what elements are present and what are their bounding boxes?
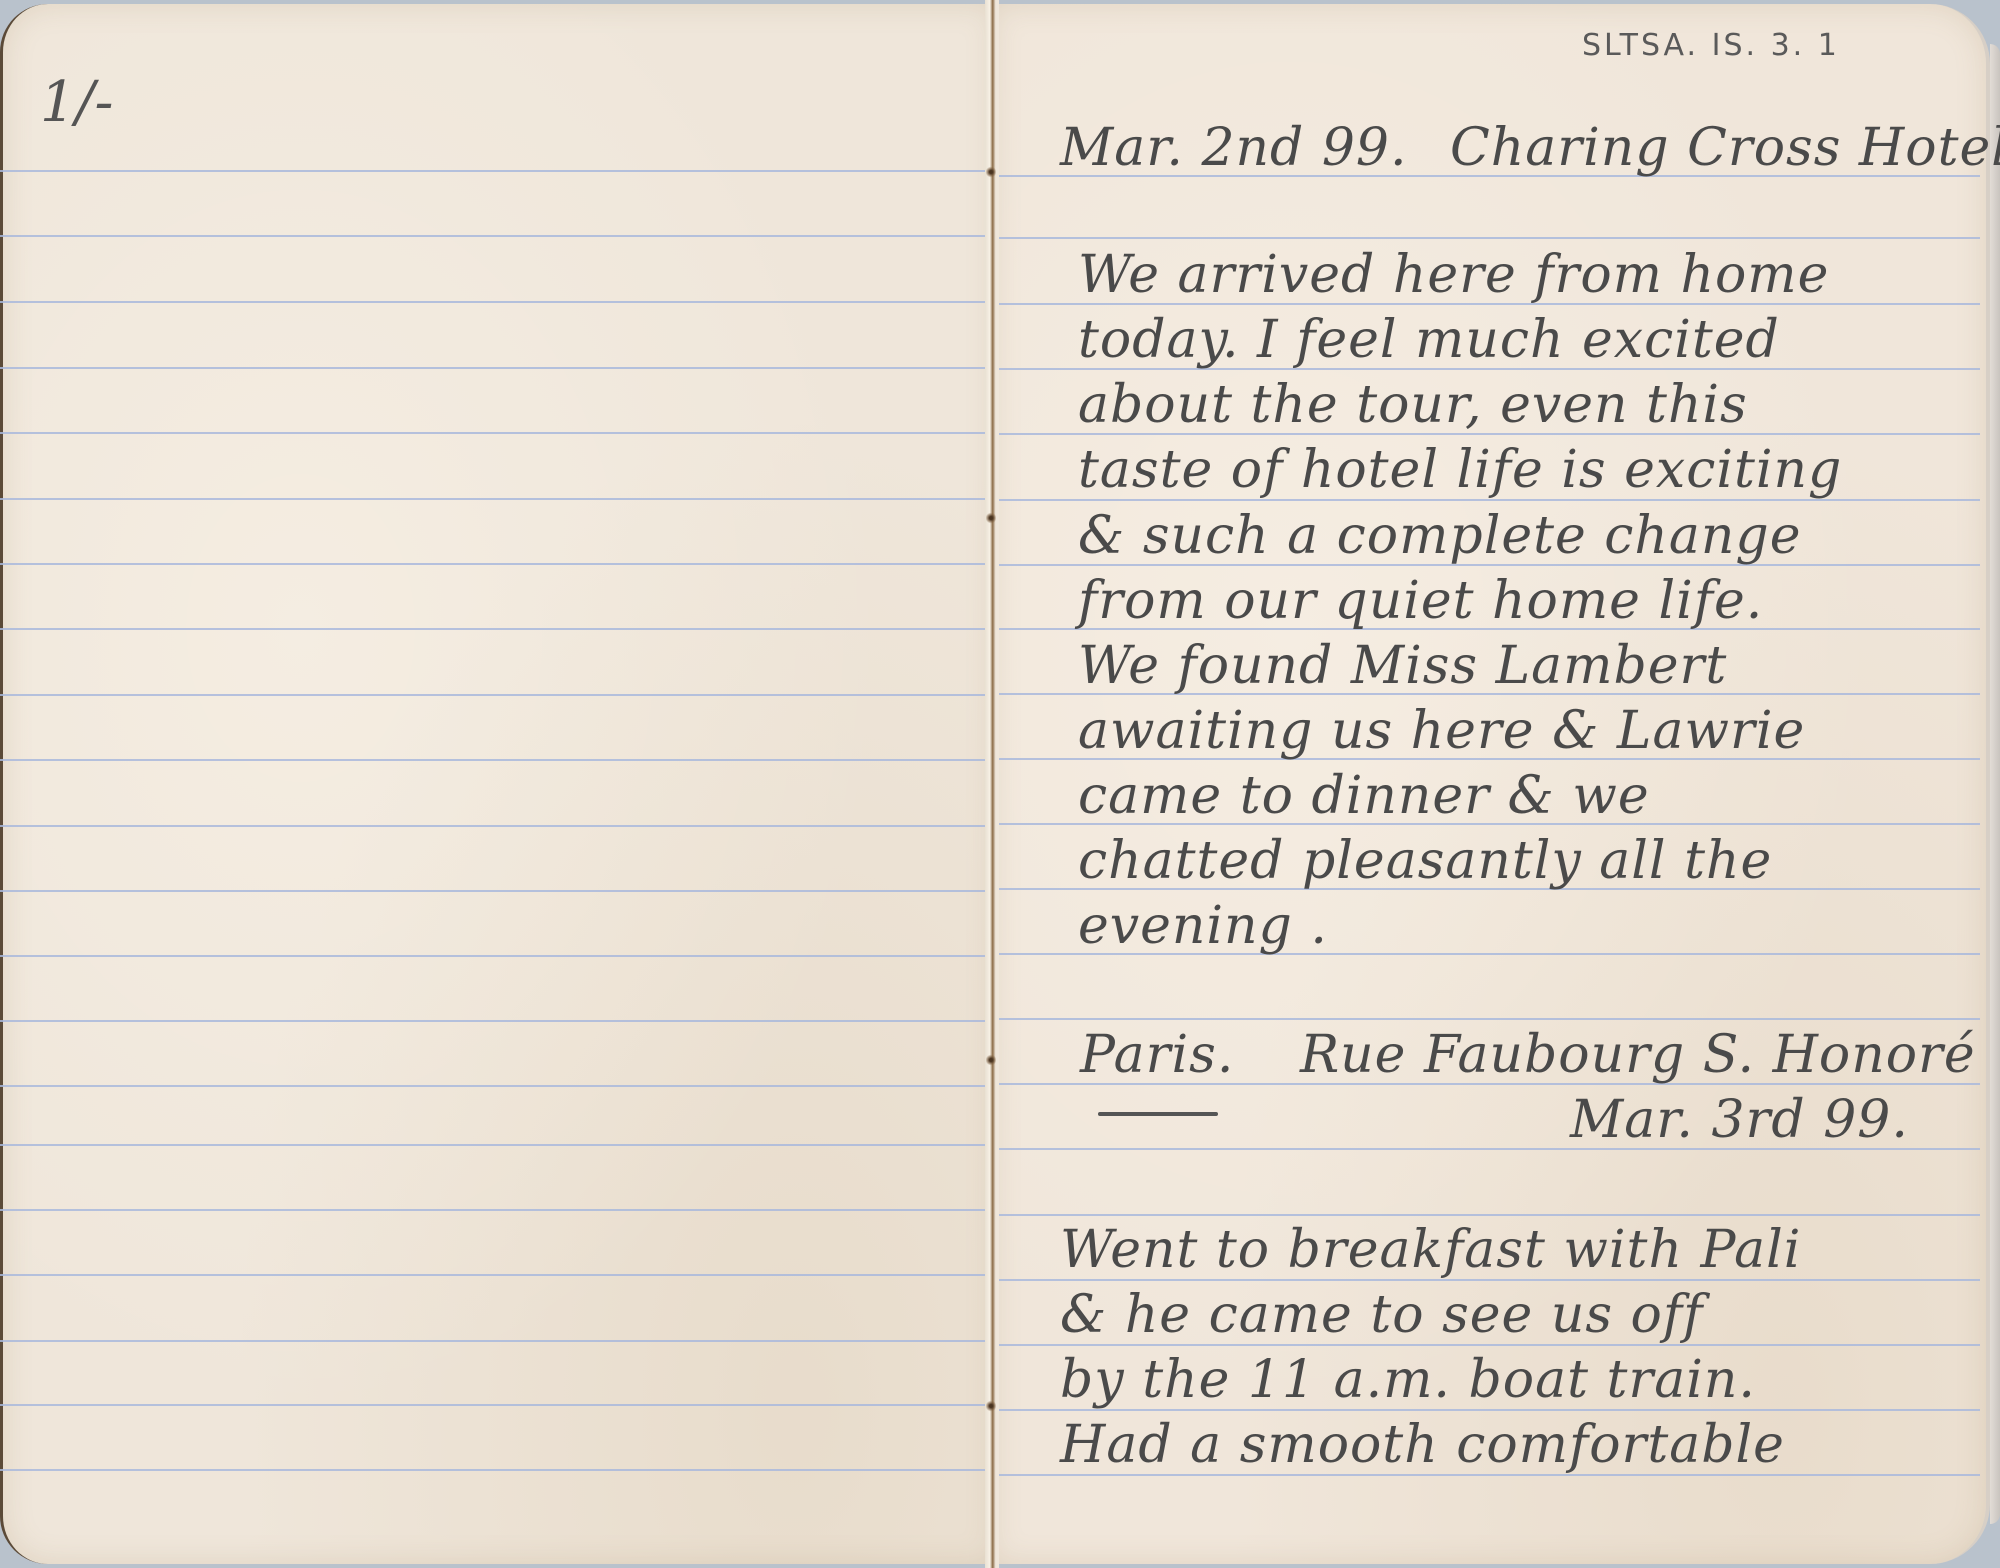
ruled-line xyxy=(0,367,990,369)
ruled-line xyxy=(0,170,990,172)
ruled-line xyxy=(0,1144,990,1146)
entry-date: Mar. 2nd 99. xyxy=(1060,118,1408,178)
ruled-line xyxy=(0,1209,990,1211)
price-mark: 1/- xyxy=(40,70,113,135)
binding-stitch xyxy=(986,166,996,178)
left-page xyxy=(0,4,995,1564)
place-underline xyxy=(1098,1112,1218,1116)
ruled-line xyxy=(0,628,990,630)
ruled-line xyxy=(0,301,990,303)
diary-line: & such a complete change xyxy=(1078,506,1801,566)
entry-date: Mar. 3rd 99. xyxy=(1570,1090,1909,1150)
diary-line: chatted pleasantly all the xyxy=(1078,831,1772,891)
ruled-line xyxy=(0,825,990,827)
catalog-number: SLTSA. IS. 3. 1 xyxy=(1582,28,1840,63)
diary-line: by the 11 a.m. boat train. xyxy=(1060,1350,1756,1410)
ruled-line xyxy=(0,694,990,696)
ruled-line xyxy=(0,1404,990,1406)
open-notebook: 1/- SLTSA. IS. 3. 1 Mar. 2nd 99. Charing… xyxy=(0,0,2000,1568)
ruled-line xyxy=(995,237,1980,239)
binding-stitch xyxy=(986,1400,996,1412)
ruled-line xyxy=(0,1020,990,1022)
ruled-line xyxy=(0,498,990,500)
entry-place: Paris. xyxy=(1080,1025,1234,1085)
ruled-line xyxy=(0,432,990,434)
diary-line: Had a smooth comfortable xyxy=(1060,1415,1785,1475)
diary-line: taste of hotel life is exciting xyxy=(1078,440,1842,500)
ruled-line xyxy=(0,955,990,957)
binding-stitch xyxy=(986,1054,996,1066)
entry-place: Charing Cross Hotel xyxy=(1450,118,2000,178)
diary-line: Went to breakfast with Pali xyxy=(1060,1220,1801,1280)
ruled-line xyxy=(995,1018,1980,1020)
diary-line: today. I feel much excited xyxy=(1078,310,1780,370)
ruled-line xyxy=(0,235,990,237)
diary-line: evening . xyxy=(1078,896,1328,956)
binding-stitch xyxy=(986,512,996,524)
ruled-line xyxy=(0,563,990,565)
ruled-line xyxy=(0,759,990,761)
ruled-line xyxy=(0,1469,990,1471)
ruled-line xyxy=(0,1340,990,1342)
ruled-line xyxy=(0,1274,990,1276)
diary-line: & he came to see us off xyxy=(1060,1285,1703,1345)
ruled-line xyxy=(0,890,990,892)
ruled-line xyxy=(995,1214,1980,1216)
diary-line: awaiting us here & Lawrie xyxy=(1078,701,1805,761)
diary-line: We arrived here from home xyxy=(1078,245,1829,305)
diary-line: came to dinner & we xyxy=(1078,766,1650,826)
ruled-line xyxy=(0,1085,990,1087)
diary-line: from our quiet home life. xyxy=(1078,571,1763,631)
entry-address: Rue Faubourg S. Honoré xyxy=(1300,1025,1976,1085)
diary-line: We found Miss Lambert xyxy=(1078,636,1727,696)
diary-line: about the tour, even this xyxy=(1078,375,1748,435)
notebook-spine xyxy=(985,0,999,1568)
